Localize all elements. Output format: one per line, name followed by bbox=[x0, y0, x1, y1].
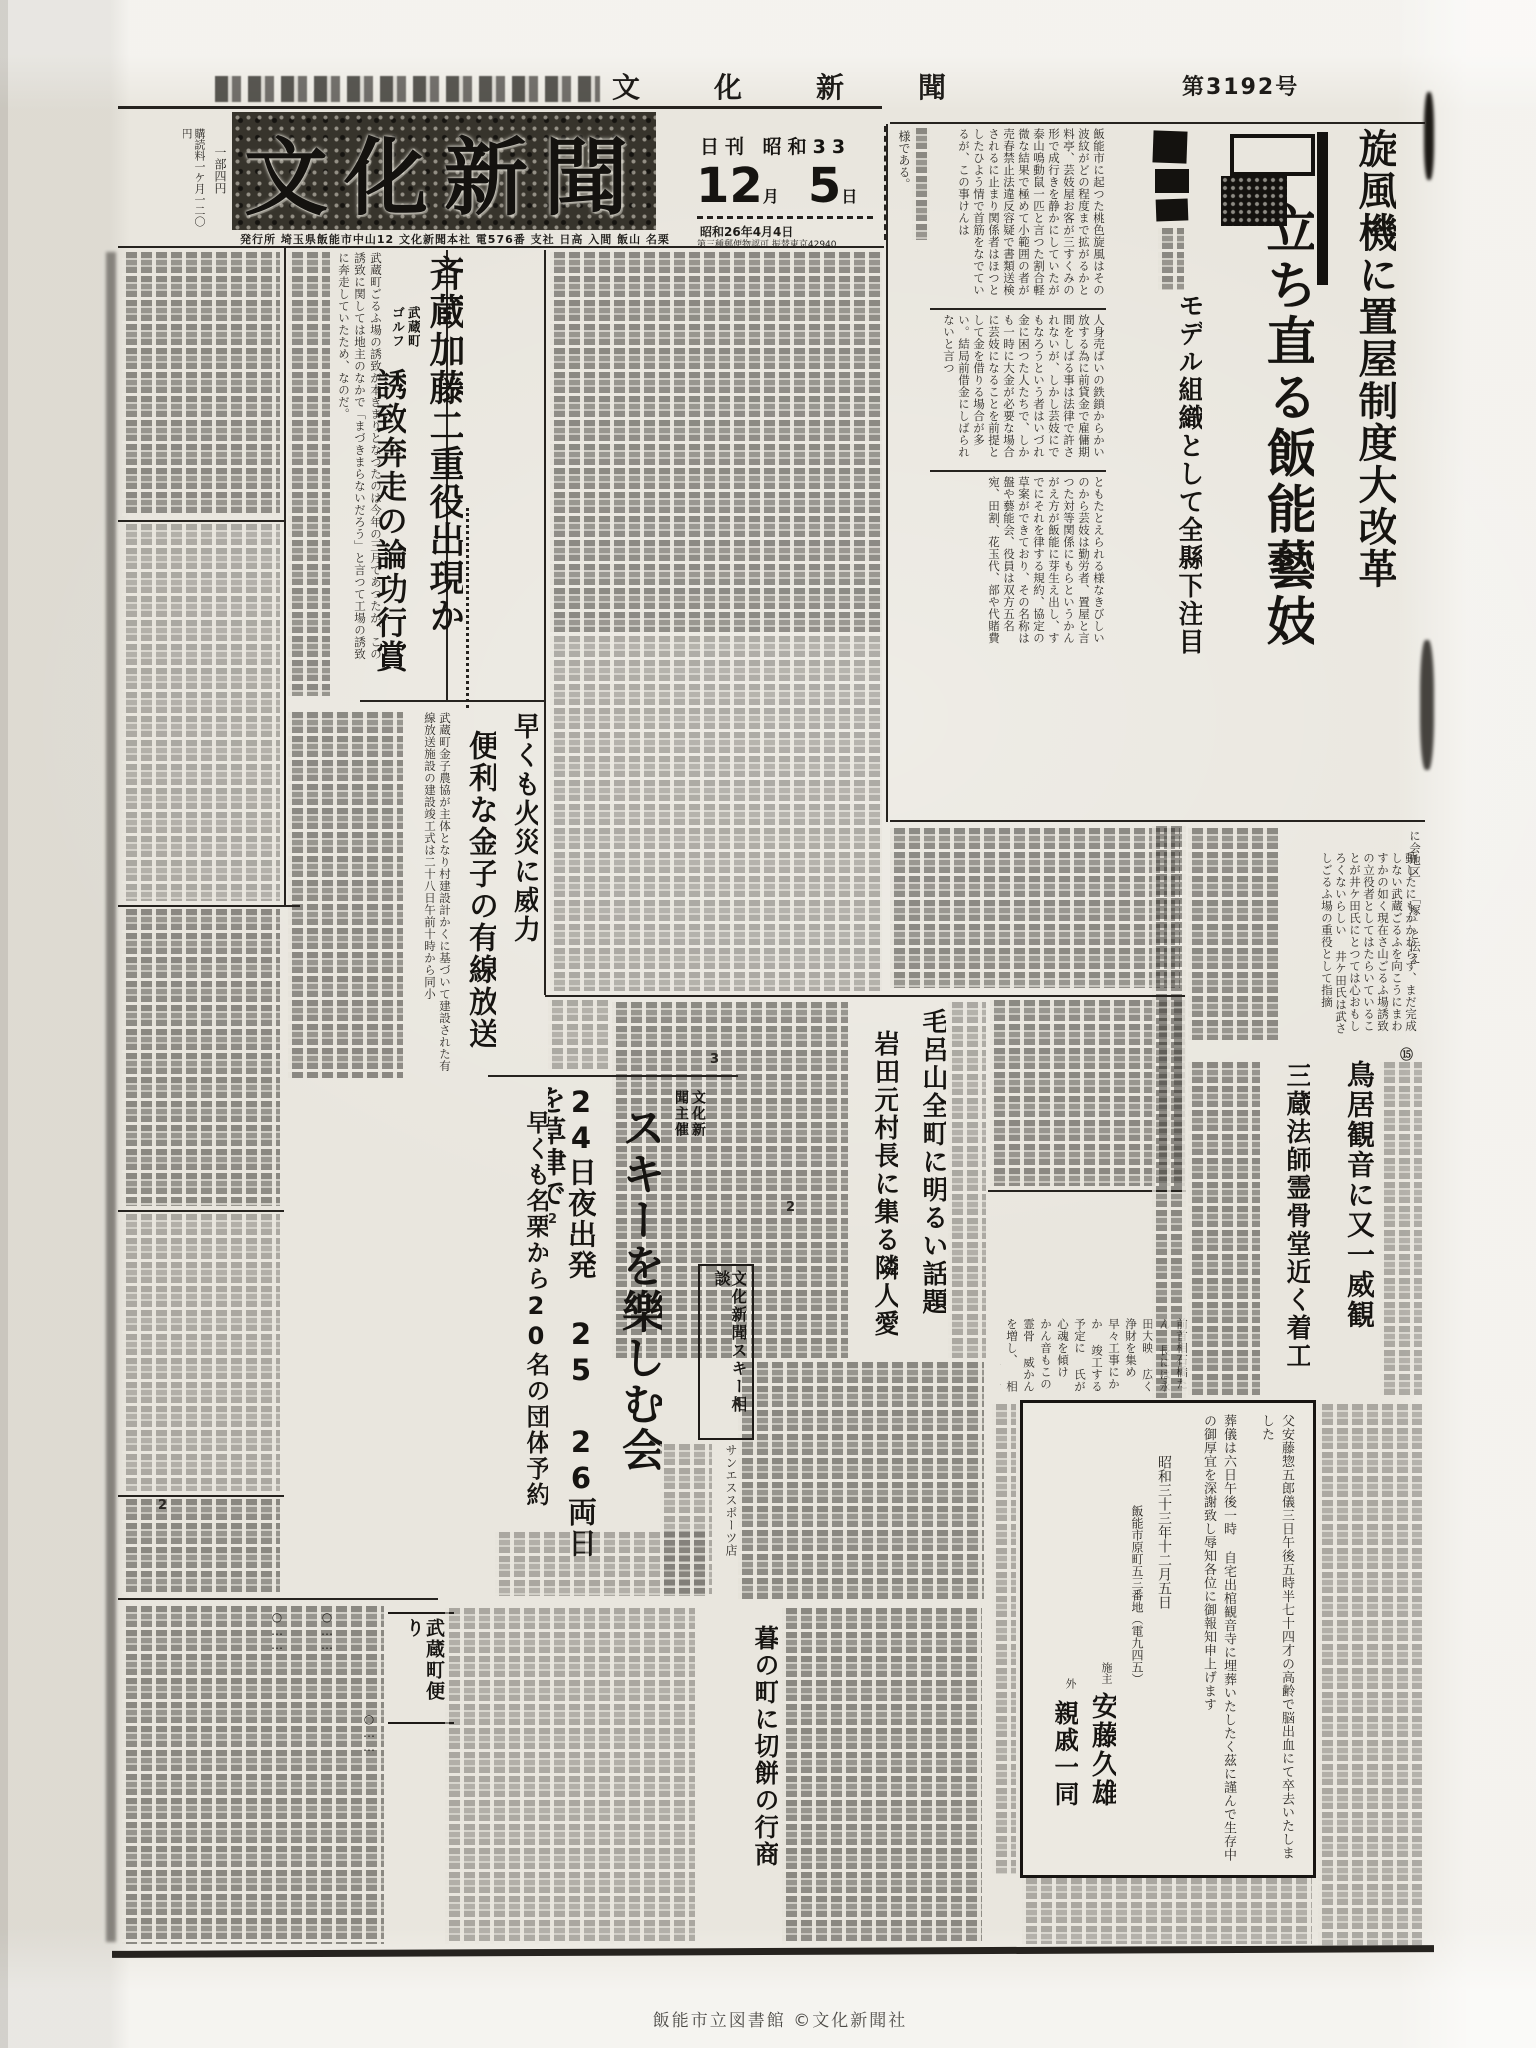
body-text-texture bbox=[1022, 1878, 1312, 1944]
lead-bottom-rule bbox=[890, 820, 1425, 822]
body-text-texture bbox=[1380, 1062, 1422, 1398]
lead-left-rule bbox=[886, 124, 888, 822]
section-rule-h bbox=[118, 1598, 438, 1600]
date-day: 5 bbox=[808, 158, 841, 214]
ski-subhead-2: 早くも名栗から20名の団体予約 bbox=[506, 1110, 548, 1550]
section-rule-h bbox=[545, 995, 1185, 997]
obituary-line-2: 葬儀は六日午後一時 自宅出棺観音寺に埋葬いたしたく茲に謹んで生存中の御厚宜を深謝… bbox=[1178, 1414, 1238, 1862]
lead-subhead: モデル組織として全縣下注目 bbox=[1158, 292, 1202, 664]
approval-line-1: 昭和26年4月4日 bbox=[700, 223, 880, 236]
obituary-line-1: 父安藤惣五郎儀三日午後五時半七十四才の高齢で脳出血にて卒去いたしました bbox=[1240, 1414, 1296, 1862]
wrap-fragment: 様である。 bbox=[893, 130, 911, 240]
lead-kicker-headline: 旋風機に置屋制度大改革 bbox=[1334, 128, 1396, 640]
issue-number: 第3192号 bbox=[1182, 70, 1322, 100]
body-text-texture bbox=[782, 1608, 982, 1944]
lead-body-3: ともたとえられる様なきびしいのから芸妓は勤労者、置屋と言つた対等関係にもらという… bbox=[930, 476, 1106, 654]
body-text-texture bbox=[122, 1499, 280, 1594]
lead-top-rule bbox=[890, 122, 1425, 124]
top-strip-title: 文化新聞 bbox=[612, 66, 1032, 104]
article-rule-h bbox=[118, 1495, 284, 1497]
column-marker: ⑮ bbox=[1400, 1044, 1413, 1063]
newspaper-logo: 文化新聞 bbox=[232, 112, 656, 230]
wired-body: 武蔵町金子農協が主体となり村建設計かくに基づいて建設された有線放送施設の建設竣工… bbox=[406, 712, 452, 1078]
lead-body-rule bbox=[930, 470, 1106, 472]
column-marker: 2 bbox=[786, 1200, 795, 1215]
obituary-chief-mourner-name: 安藤久雄 bbox=[1084, 1692, 1116, 1864]
headline-ornament-bar bbox=[1317, 132, 1328, 285]
date-day-unit: 日 bbox=[841, 187, 857, 206]
lead-body-1: 飯能市に起つた桃色旋風はその波紋がどの程度まで拡がるかと料亭、芸妓屋お客が三すく… bbox=[930, 128, 1106, 304]
wired-headline: 便利な金子の有線放送 bbox=[450, 730, 496, 1072]
body-text-texture bbox=[660, 1444, 712, 1594]
body-text-texture bbox=[1152, 826, 1186, 1398]
article-rule-h bbox=[360, 700, 545, 702]
body-text-texture bbox=[992, 1404, 1016, 1874]
bullet-mark: ○…… bbox=[360, 1712, 376, 1752]
column-marker: 2 bbox=[548, 1212, 557, 1227]
column-marker: 4 bbox=[733, 1396, 742, 1411]
column-rule-v bbox=[284, 248, 286, 905]
headline-ornament-frame bbox=[1230, 134, 1315, 176]
date-big: 12月 5日 bbox=[696, 158, 886, 216]
body-text-texture bbox=[550, 636, 882, 991]
library-caption: 飯能市立図書館 ©文化新聞社 bbox=[560, 2006, 1000, 2031]
kannon-headline: 鳥居観音に又一威観 bbox=[1326, 1060, 1374, 1348]
column-marker: 2 bbox=[158, 1498, 167, 1513]
column-marker: 3 bbox=[710, 1052, 719, 1067]
wired-text-texture bbox=[288, 712, 403, 1078]
era-label: 昭和33 bbox=[763, 136, 851, 158]
body-text-texture bbox=[1318, 1404, 1422, 1948]
article-rule-h bbox=[488, 1075, 738, 1077]
price-line-2: 一部四円 bbox=[207, 146, 227, 226]
ski-kicker: 文化新聞主催 bbox=[670, 1090, 706, 1146]
article-rule-h bbox=[118, 1210, 284, 1212]
masthead-bottom-rule bbox=[118, 246, 884, 248]
lead-main-headline: 立ち直る飯能藝妓 bbox=[1212, 202, 1314, 672]
body-text-texture bbox=[122, 1606, 384, 1944]
price-line-1: 購読料一ケ月一二〇円 bbox=[183, 128, 205, 236]
masthead-text-texture bbox=[912, 128, 930, 240]
newspaper-page: { "page": { "top_title": "文化新聞", "issue_… bbox=[0, 0, 1536, 2048]
body-text-texture bbox=[122, 1214, 280, 1491]
body-text-texture bbox=[122, 909, 280, 1206]
body-text-texture bbox=[948, 1002, 986, 1358]
article-rule-h bbox=[118, 520, 284, 522]
date-month: 12 bbox=[696, 158, 763, 214]
publisher-line: 発行所 埼玉県飯能市中山12 文化新聞本社 電576番 支社 日高 入間 飯山 … bbox=[240, 231, 676, 245]
obituary-address: 飯能市原町五三番地（電九四五） bbox=[1126, 1505, 1144, 1835]
date-daily-era: 日刊 昭和33 bbox=[700, 132, 880, 156]
obituary-date: 昭和三十三年十二月五日 bbox=[1152, 1455, 1172, 1715]
obituary-role-other: 外 bbox=[1062, 1678, 1076, 1698]
body-text-texture bbox=[890, 828, 1180, 988]
daily-label: 日刊 bbox=[700, 136, 750, 158]
body-text-texture bbox=[445, 1608, 695, 1944]
article-rule-h bbox=[118, 905, 300, 907]
body-text-texture bbox=[122, 252, 280, 516]
headline-ornament-block bbox=[1156, 198, 1189, 221]
date-underline bbox=[697, 216, 875, 219]
masthead-top-rule bbox=[118, 106, 882, 109]
golf-headline: 斉蔵加藤二重役出現か bbox=[413, 255, 463, 665]
body-text-texture bbox=[122, 524, 280, 901]
bullet-mark: ○…… bbox=[318, 1610, 334, 1650]
wired-subhead: 早くも火災に威力 bbox=[498, 712, 538, 964]
ski-soudan-line: サンエススポーツ店 bbox=[716, 1444, 738, 1594]
body-text-texture bbox=[550, 252, 882, 632]
headline-ornament-block bbox=[1155, 169, 1189, 193]
scan-edge-shadow bbox=[106, 252, 116, 1942]
headline-ornament-block bbox=[1152, 130, 1187, 163]
mochi-headline: 暮の町に切餅の行商 bbox=[738, 1625, 778, 1900]
lead-body-rule bbox=[930, 308, 1106, 310]
moroyama-headline: 毛呂山全町に明るい話題 bbox=[900, 1008, 946, 1322]
golf-text-texture bbox=[288, 252, 330, 696]
wavy-rule-v bbox=[466, 508, 469, 708]
date-month-unit: 月 bbox=[763, 187, 779, 206]
obituary-relatives: 親戚一同 bbox=[1048, 1700, 1078, 1860]
logo-text: 文化新聞 bbox=[244, 111, 644, 232]
ski-subhead-1: 24日夜出発 25 26両日を草津で bbox=[548, 1085, 596, 1580]
kannon-subhead: 三蔵法師霊骨堂近く着工 bbox=[1266, 1062, 1310, 1384]
scan-artifact bbox=[1420, 640, 1434, 770]
body-text-texture bbox=[738, 1362, 984, 1602]
scan-artifact bbox=[1424, 92, 1434, 180]
margin-fragment: に会地区 「塚」と伝え bbox=[1398, 830, 1422, 1048]
headline-ornament-texture bbox=[1158, 228, 1184, 290]
golf-body-1: 武蔵町ごるふ場の誘致が本ぎまりとなつたのは今年の三月であつたが、この誘致に関して… bbox=[330, 252, 384, 664]
golf-kicker: 武蔵町ゴルフ bbox=[386, 306, 420, 360]
page-bottom-rule bbox=[112, 1945, 1434, 1958]
body-text-texture bbox=[548, 1000, 608, 1072]
body-text-texture bbox=[1188, 828, 1278, 1040]
body-text-texture bbox=[1188, 1062, 1260, 1398]
column-rule-v bbox=[544, 250, 546, 995]
bullet-mark: ○…… bbox=[268, 1610, 284, 1650]
moroyama-subhead: 岩田元村長に集る隣人愛 bbox=[854, 1030, 898, 1350]
illegible-masthead-stamp bbox=[215, 76, 600, 102]
lead-body-2: 人身売ばいの鉄鎖からかい放する為に前貸金で雇傭期間をしばる事は法律で許されないが… bbox=[930, 314, 1106, 466]
ski-headline: スキーを樂しむ会 bbox=[598, 1105, 662, 1525]
